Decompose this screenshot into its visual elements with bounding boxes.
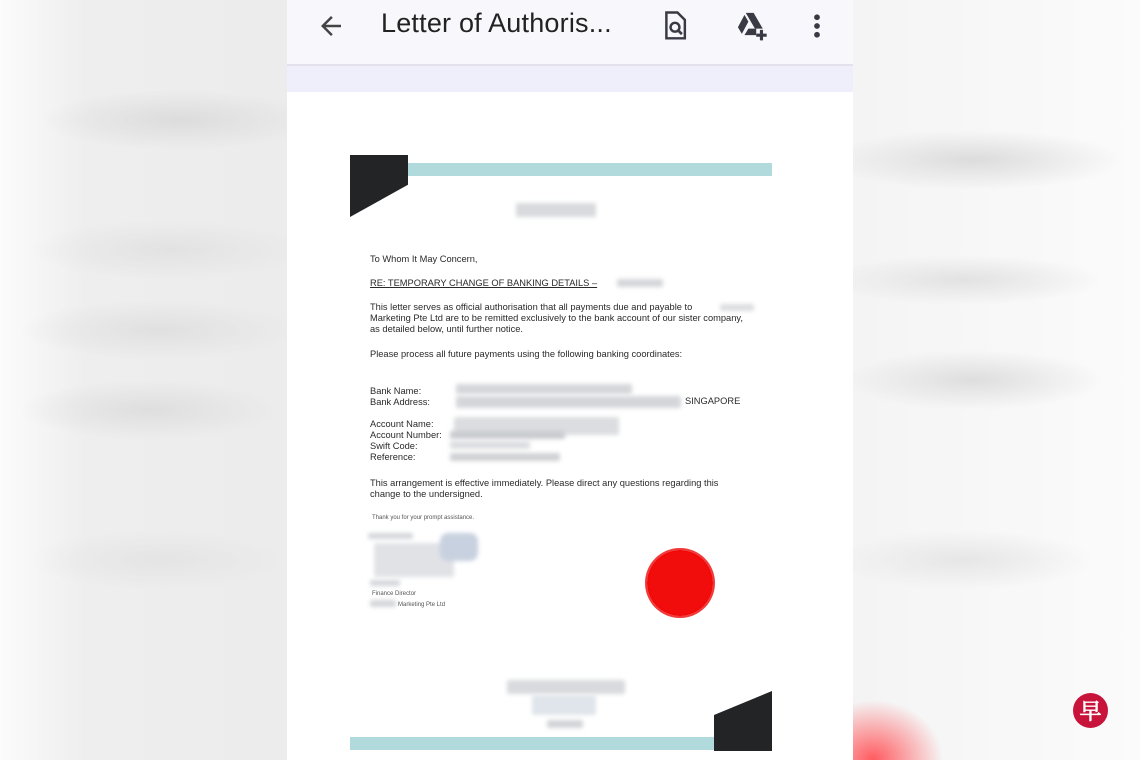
label-bank-name: Bank Name: <box>370 386 421 397</box>
label-account-name: Account Name: <box>370 419 434 430</box>
document-title: Letter of Authoris... <box>381 6 612 40</box>
preview-button[interactable] <box>655 6 695 46</box>
para3-line2: change to the undersigned. <box>370 489 483 500</box>
redacted-footer-text <box>547 720 583 728</box>
para1-line2: Marketing Pte Ltd are to be remitted exc… <box>370 313 743 324</box>
add-to-drive-button[interactable] <box>731 6 771 46</box>
para2: Please process all future payments using… <box>370 349 682 360</box>
accent-bar-bottom <box>350 737 714 750</box>
back-arrow-icon <box>316 11 346 41</box>
more-options-button[interactable] <box>797 6 837 46</box>
more-vert-icon <box>812 11 822 41</box>
redacted-subject <box>617 279 663 287</box>
document-search-icon <box>660 10 690 42</box>
accent-bar-top <box>408 163 772 176</box>
redacted-bank-name <box>456 384 632 394</box>
back-button[interactable] <box>311 6 351 46</box>
redacted-signatory-header <box>368 533 413 539</box>
redacted-footer-emblem <box>532 695 596 715</box>
redacted-account-number <box>450 431 565 439</box>
blurred-background-right <box>853 0 1140 760</box>
thanks-line: Thank you for your prompt assistance. <box>372 513 474 524</box>
label-swift-code: Swift Code: <box>370 441 418 452</box>
salutation: To Whom It May Concern, <box>370 254 477 265</box>
corner-decoration-bottom-right <box>714 691 772 751</box>
corner-decoration-top-left <box>350 155 408 217</box>
red-company-seal <box>647 550 713 616</box>
redacted-footer-logo <box>507 680 625 694</box>
label-account-number: Account Number: <box>370 430 442 441</box>
para1-line1: This letter serves as official authorisa… <box>370 302 692 313</box>
drive-add-icon <box>734 10 768 42</box>
signatory-title: Finance Director <box>372 589 416 600</box>
letter-page: To Whom It May Concern, RE: TEMPORARY CH… <box>350 155 772 755</box>
watermark-logo: 早 <box>1073 693 1108 728</box>
redacted-signatory-company <box>370 600 396 607</box>
para3-line1: This arrangement is effective immediatel… <box>370 478 718 489</box>
label-bank-address: Bank Address: <box>370 397 430 408</box>
phone-screen: Letter of Authoris... To Whom It May Con… <box>287 0 853 760</box>
redacted-company-name <box>720 304 754 311</box>
redacted-reference <box>450 453 560 461</box>
redacted-signature-mark <box>440 533 478 561</box>
subject-line: RE: TEMPORARY CHANGE OF BANKING DETAILS … <box>370 278 597 289</box>
para1-line3: as detailed below, until further notice. <box>370 324 523 335</box>
blurred-background-left <box>0 0 287 760</box>
appbar-divider <box>287 64 853 92</box>
redacted-bank-address <box>456 396 681 408</box>
redacted-swift-code <box>450 441 530 449</box>
signatory-company: Marketing Pte Ltd <box>398 600 445 611</box>
redacted-signatory-name <box>370 580 400 586</box>
bank-address-country: SINGAPORE <box>685 396 740 407</box>
app-bar: Letter of Authoris... <box>287 0 853 64</box>
label-reference: Reference: <box>370 452 415 463</box>
redacted-company-logo <box>516 203 596 217</box>
